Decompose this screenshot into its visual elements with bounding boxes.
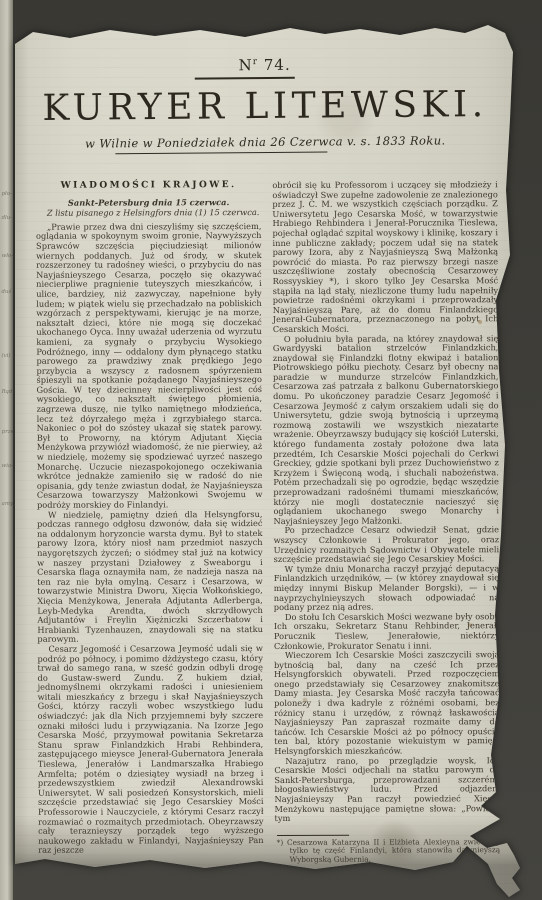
bleed-text-fragment: amy (2, 500, 13, 506)
section-header: WIADOMOŚCI KRAJOWE. (36, 181, 262, 191)
issue-number-rule (195, 77, 295, 79)
article-columns: WIADOMOŚCI KRAJOWE. Sankt-Petersburg dni… (36, 180, 500, 865)
article-paragraph: obrócił się ku Professorom i uczącey się… (272, 180, 498, 334)
masthead-title: KURYER LITEWSKI. (35, 83, 495, 128)
bleed-text-fragment: duś (2, 288, 12, 294)
left-column-text: „Prawie przez dwa dni cieszyliśmy się sz… (36, 222, 264, 856)
article-paragraph: W niedzielę, pamiętny dzień dla Helsyngf… (37, 510, 263, 645)
issue-value: 74. (264, 56, 291, 74)
footnote-block: *) Cesarzowa Katarzyna II i Elżbieta Ale… (275, 834, 501, 865)
footnote-rule (277, 835, 349, 836)
bleed-text-fragment: Rąd (2, 388, 13, 394)
article-paragraph: W tymże dniu Monarcha raczył przyjąć dep… (274, 564, 500, 613)
article-paragraph: „Prawie przez dwa dni cieszyliśmy się sz… (36, 222, 263, 511)
issue-number: Nr 74. (35, 54, 495, 76)
article-paragraph: Do stołu Ich Cesarskich Mości wezwane by… (274, 612, 500, 651)
bleed-text-fragment: prze- (2, 428, 13, 434)
issue-prefix: N (239, 56, 253, 74)
article-paragraph: Cesarz Jegomość i Cesarzowa Jeymość udal… (37, 644, 263, 856)
article-paragraph: Nazajutrz rano, po przeglądzie woysk, Ic… (274, 756, 500, 824)
article-paragraph: Wieczorem Ich Cesarskie Mości zaszczycil… (274, 650, 500, 756)
bleed-text-fragment: wia- (2, 462, 13, 468)
bleed-text-fragment: wło- (2, 252, 13, 258)
letter-source-line: Z listu pisanego z Helsingfors dnia (1) … (36, 208, 262, 218)
article-paragraph: O południu była parada, na którey znaydo… (273, 334, 499, 527)
issue-superscript: r (253, 57, 258, 67)
newspaper-page-wrap: Nr 74. KURYER LITEWSKI. w Wilnie w Ponie… (15, 0, 520, 900)
left-column: WIADOMOŚCI KRAJOWE. Sankt-Petersburg dni… (36, 181, 264, 865)
bleed-text-fragment: pło- (2, 190, 12, 196)
masthead-block: Nr 74. KURYER LITEWSKI. w Wilnie w Ponie… (35, 54, 496, 155)
right-column-text: obrócił się ku Professorom i uczącey się… (272, 180, 500, 824)
adjacent-page-edge: pło-dlu-wło-duś(vi)Rądprze-wia-amy (0, 0, 13, 900)
article-paragraph: Po przechadzce Cesarz odwiedził Senat, g… (274, 526, 500, 565)
footnote-text: *) Cesarzowa Katarzyna II i Elżbieta Ale… (275, 838, 501, 865)
masthead-dateline: w Wilnie w Poniedziałek dnia 26 Czerwca … (35, 132, 495, 150)
dateline-rule (115, 151, 327, 154)
bleed-text-fragment: dlu- (2, 214, 12, 220)
bleed-text-fragment: (vi) (2, 352, 11, 358)
newspaper-page: Nr 74. KURYER LITEWSKI. w Wilnie w Ponie… (15, 0, 520, 900)
right-column: obrócił się ku Professorom i uczącey się… (272, 180, 500, 864)
